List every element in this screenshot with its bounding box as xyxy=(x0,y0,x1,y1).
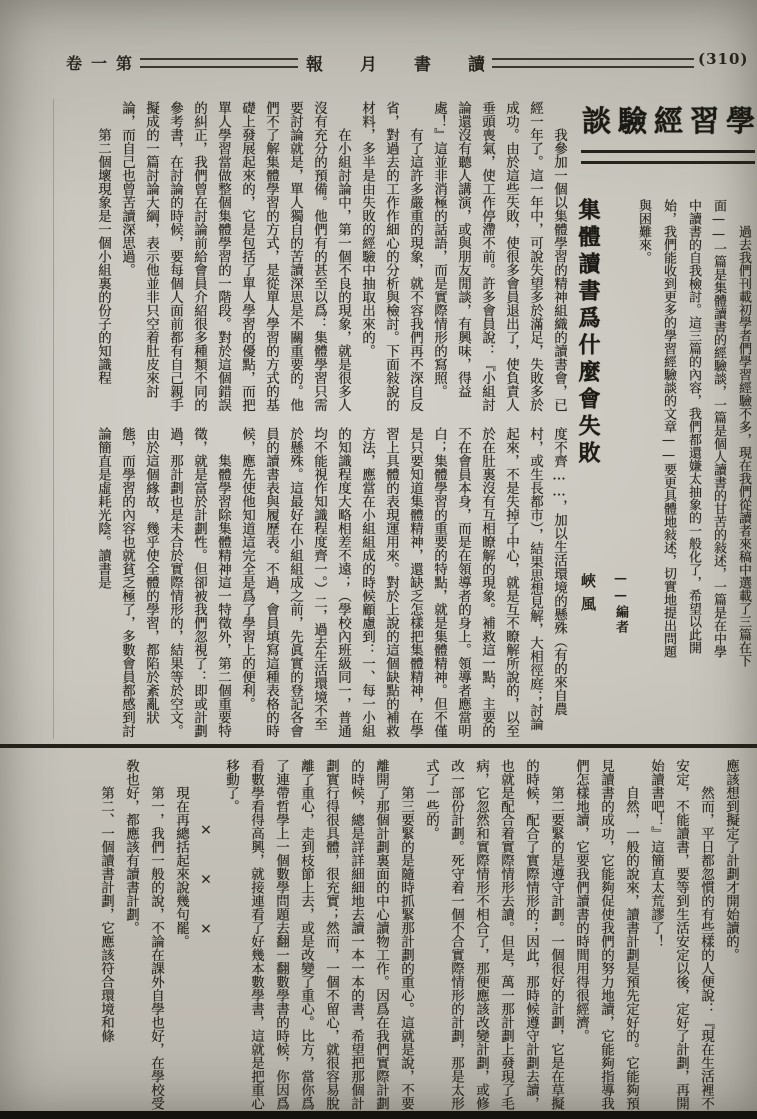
article-body-band-2: 度不齊……，加以生活環境的懸殊（有的來自農村，或生長都市），結果思想見解，大相徑… xyxy=(56,427,571,739)
article-body-band-3: 應該想到擬定了計劃才開始讀的。 然而，平日都忽慣的有些樣的人便說：『現在生活裡不… xyxy=(54,759,743,1110)
masthead-rule-left xyxy=(140,58,298,68)
paragraph-continued: 應該想到擬定了計劃才開始讀的。 xyxy=(718,759,743,1110)
masthead-title: 報月書讀 xyxy=(306,50,492,75)
volume-label: 卷一第 xyxy=(66,51,141,74)
editor-signature: ——編者 xyxy=(608,571,633,667)
paragraph: 有了這許多嚴重的現象，就不容我們再不深自反省，對過去的工作作細心的分析與檢討。下… xyxy=(355,101,427,422)
editor-note: 過去我們刊載初學者們學習經驗不多，現在我們從讀者來稿中選載了三篇在下面——一篇是… xyxy=(606,199,756,667)
headline-double-rule xyxy=(581,150,755,164)
paragraph: 第二個壞現象是一個小組裏的份子的知識程 xyxy=(91,101,115,422)
section-headline: 談驗經習學 xyxy=(582,99,756,140)
cross-separator: ××× xyxy=(193,759,218,1110)
paragraph: 第三要緊的是隨時抓緊那計劃的重心。這就是說，不要離開了那個計劃裏面的中心讀物工作… xyxy=(218,759,418,1110)
scanned-magazine-page: 卷一第 報月書讀 (310) 談驗經習學 過去我們刊載初學者們學習經驗不多，現在… xyxy=(0,0,757,1119)
page-number: (310) xyxy=(698,50,749,68)
article-author: 峽風 xyxy=(578,573,599,663)
paragraph: 集體學習除集體精神這一特徵外，第二個重要特徵，就是富於計劃性。但卻被我們忽視了：… xyxy=(91,427,235,739)
paragraph: 第一，我們一般的說，不論在課外自學也好，在學校受敎也好，都應該有讀書計劃。 xyxy=(118,759,168,1110)
paragraph-continued: 度不齊……，加以生活環境的懸殊（有的來自農村，或生長都市），結果思想見解，大相徑… xyxy=(235,427,571,739)
paragraph: 第二、一個讀書計劃，它應該符合環境和條 xyxy=(93,759,118,1110)
scan-edge-bar xyxy=(0,1111,757,1119)
article-title: 集體讀書爲什麼會失敗 xyxy=(573,198,604,488)
paragraph: 在小組討論中，第一個不良的現象，就是很多人沒有充分的預備。他們有的甚至以爲：集體… xyxy=(115,101,355,422)
left-margin-rule xyxy=(53,99,54,739)
paragraph: 我參加一個以集體學習的精神組織的讀書會，已經一年了。這一年中，可說失望多於滿足，… xyxy=(427,101,571,422)
paragraph: 現在再總括起來說幾句罷。 xyxy=(168,759,193,1110)
section-divider-rule xyxy=(0,744,757,748)
article-body-band-1: 我參加一個以集體學習的精神組織的讀書會，已經一年了。這一年中，可說失望多於滿足，… xyxy=(56,101,571,422)
paragraph: 然而，平日都忽慣的有些樣的人便說：『現在生活裡不安定，不能讀書，要等到生活安定以… xyxy=(643,759,718,1110)
editor-note-text: 過去我們刊載初學者們學習經驗不多，現在我們從讀者來稿中選載了三篇在下面——一篇是… xyxy=(631,199,756,667)
paragraph: 自然，一般的說來，讀書計劃是預先定好的。它能夠預見讀書的成功，它能夠促使我們的努… xyxy=(568,759,643,1110)
masthead-rule-right xyxy=(492,58,694,68)
paragraph: 第二要緊的是遵守計劃。一個很好的計劃，它是在草擬的時候，配合了實際情形的；因此，… xyxy=(418,759,568,1110)
